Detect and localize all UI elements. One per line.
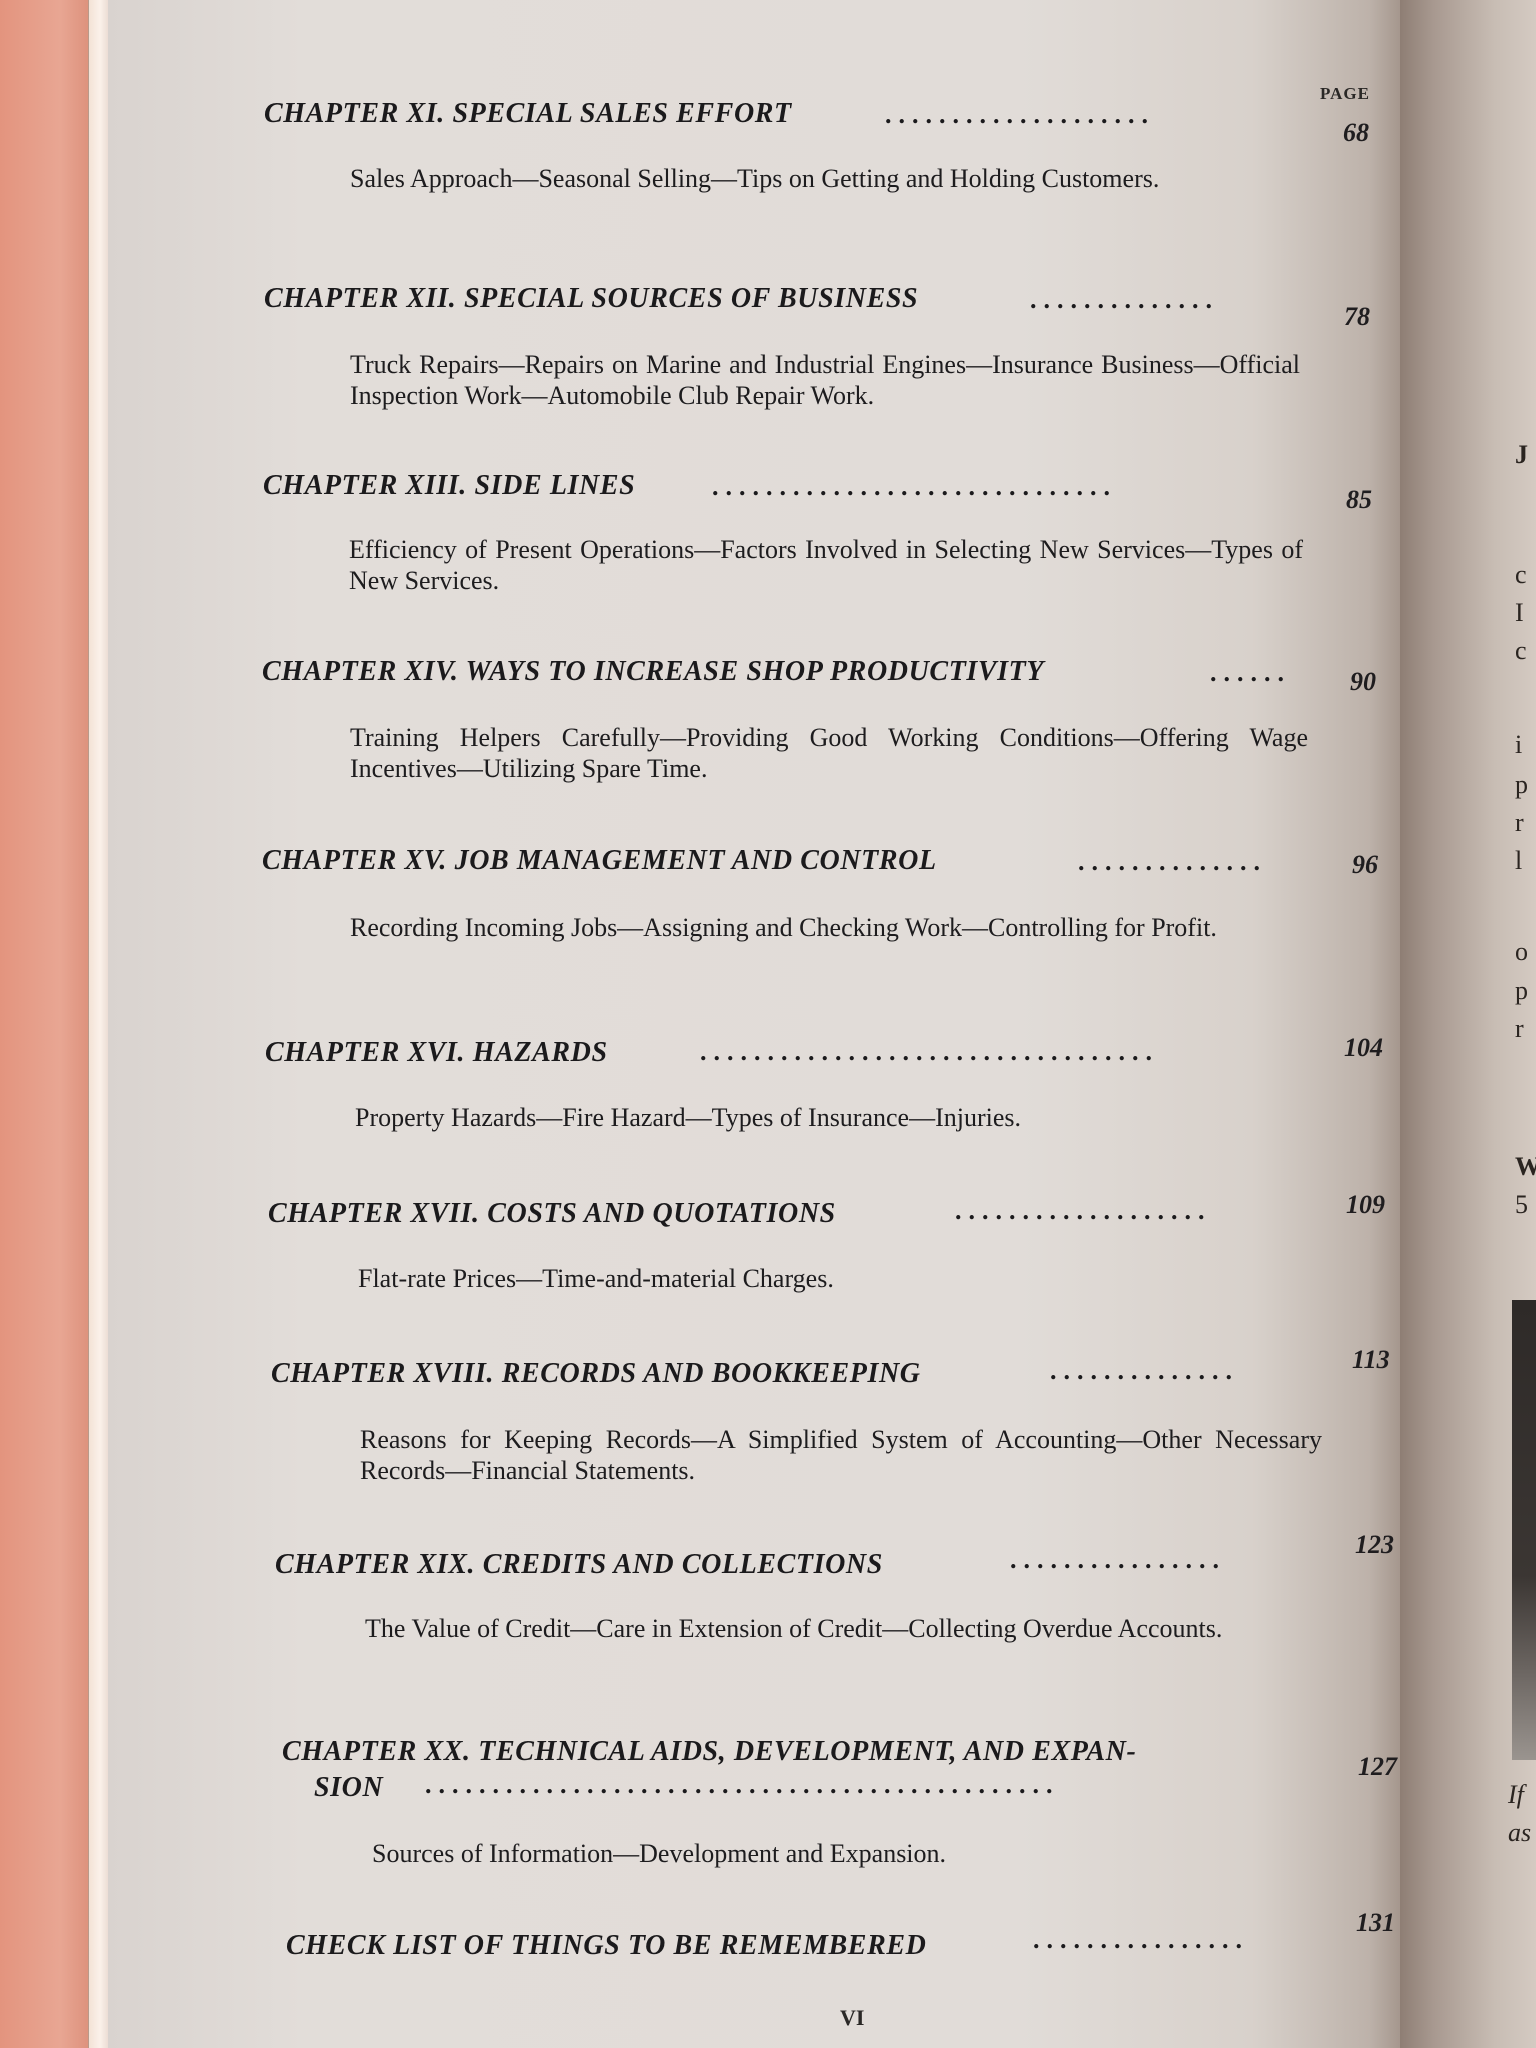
facing-text-fragment: I: [1515, 598, 1524, 628]
facing-page-photo: [1512, 1300, 1536, 1760]
chapter-title: CHAPTER XX. TECHNICAL AIDS, DEVELOPMENT,…: [282, 1736, 1136, 1768]
chapter-title: CHAPTER XI. SPECIAL SALES EFFORT: [264, 98, 792, 130]
page-number: 109: [1346, 1190, 1385, 1220]
chapter-title: CHAPTER XV. JOB MANAGEMENT AND CONTROL: [262, 845, 937, 877]
facing-text-fragment: J: [1515, 440, 1528, 470]
chapter-title: CHAPTER XII. SPECIAL SOURCES OF BUSINESS: [264, 283, 918, 315]
page-number: 113: [1352, 1345, 1390, 1375]
chapter-title: CHECK LIST OF THINGS TO BE REMEMBERED: [286, 1930, 926, 1962]
page-folio: VI: [840, 2005, 864, 2031]
chapter-title: CHAPTER XIII. SIDE LINES: [263, 470, 635, 502]
page-number: 85: [1346, 485, 1372, 515]
chapter-title: CHAPTER XVIII. RECORDS AND BOOKKEEPING: [271, 1358, 921, 1390]
leader-dots: ..................................: [700, 1037, 1159, 1067]
chapter-description: Sales Approach—Seasonal Selling—Tips on …: [350, 163, 1296, 194]
chapter-description: Reasons for Keeping Records—A Simplified…: [360, 1424, 1322, 1486]
page-number: 123: [1355, 1530, 1394, 1560]
facing-text-fragment: 5: [1515, 1190, 1528, 1220]
leader-dots: ................: [1010, 1545, 1226, 1575]
page-number: 131: [1356, 1908, 1395, 1938]
chapter-description: Training Helpers Carefully—Providing Goo…: [350, 722, 1308, 784]
facing-text-fragment: r: [1515, 1014, 1524, 1044]
facing-text-fragment: i: [1515, 730, 1522, 760]
chapter-title: CHAPTER XVII. COSTS AND QUOTATIONS: [268, 1198, 836, 1230]
chapter-title: CHAPTER XIV. WAYS TO INCREASE SHOP PRODU…: [262, 656, 1044, 688]
chapter-description: Property Hazards—Fire Hazard—Types of In…: [355, 1102, 1315, 1133]
leader-dots: ......: [1210, 658, 1291, 688]
facing-caption-fragment: If: [1508, 1780, 1524, 1810]
leader-dots: ..............................: [712, 472, 1117, 502]
chapter-description: The Value of Credit—Care in Extension of…: [365, 1613, 1323, 1644]
chapter-description: Truck Repairs—Repairs on Marine and Indu…: [350, 349, 1300, 411]
leader-dots: ................: [1033, 1925, 1249, 1955]
facing-text-fragment: p: [1515, 976, 1528, 1006]
chapter-title-continuation: SION: [314, 1772, 383, 1804]
facing-text-fragment: o: [1515, 937, 1528, 967]
chapter-description: Sources of Information—Development and E…: [372, 1838, 1322, 1869]
page-column-label: PAGE: [1320, 84, 1370, 104]
page-number: 127: [1358, 1752, 1397, 1782]
page-number: 68: [1343, 118, 1369, 148]
facing-text-fragment: r: [1515, 808, 1524, 838]
chapter-description: Efficiency of Present Operations—Factors…: [349, 534, 1303, 596]
leader-dots: ..............: [1050, 1356, 1239, 1386]
facing-text-fragment: c: [1515, 560, 1527, 590]
book-cover-edge: [0, 0, 100, 2048]
page-number: 90: [1350, 667, 1376, 697]
facing-text-fragment: p: [1515, 770, 1528, 800]
page-number: 78: [1344, 302, 1370, 332]
page-number: 104: [1344, 1033, 1383, 1063]
chapter-title: CHAPTER XVI. HAZARDS: [265, 1037, 608, 1069]
chapter-title: CHAPTER XIX. CREDITS AND COLLECTIONS: [275, 1549, 883, 1581]
leader-dots: ....................: [885, 100, 1155, 130]
facing-text-fragment: W: [1515, 1152, 1536, 1182]
facing-caption-fragment: as: [1508, 1818, 1531, 1848]
facing-text-fragment: c: [1515, 636, 1527, 666]
chapter-description: Flat-rate Prices—Time-and-material Charg…: [358, 1263, 1318, 1294]
facing-text-fragment: l: [1515, 846, 1522, 876]
leader-dots: ........................................…: [425, 1770, 1060, 1800]
chapter-description: Recording Incoming Jobs—Assigning and Ch…: [350, 912, 1310, 943]
leader-dots: ..............: [1078, 847, 1267, 877]
leader-dots: ...................: [955, 1196, 1212, 1226]
leader-dots: ..............: [1030, 285, 1219, 315]
page-number: 96: [1352, 850, 1378, 880]
